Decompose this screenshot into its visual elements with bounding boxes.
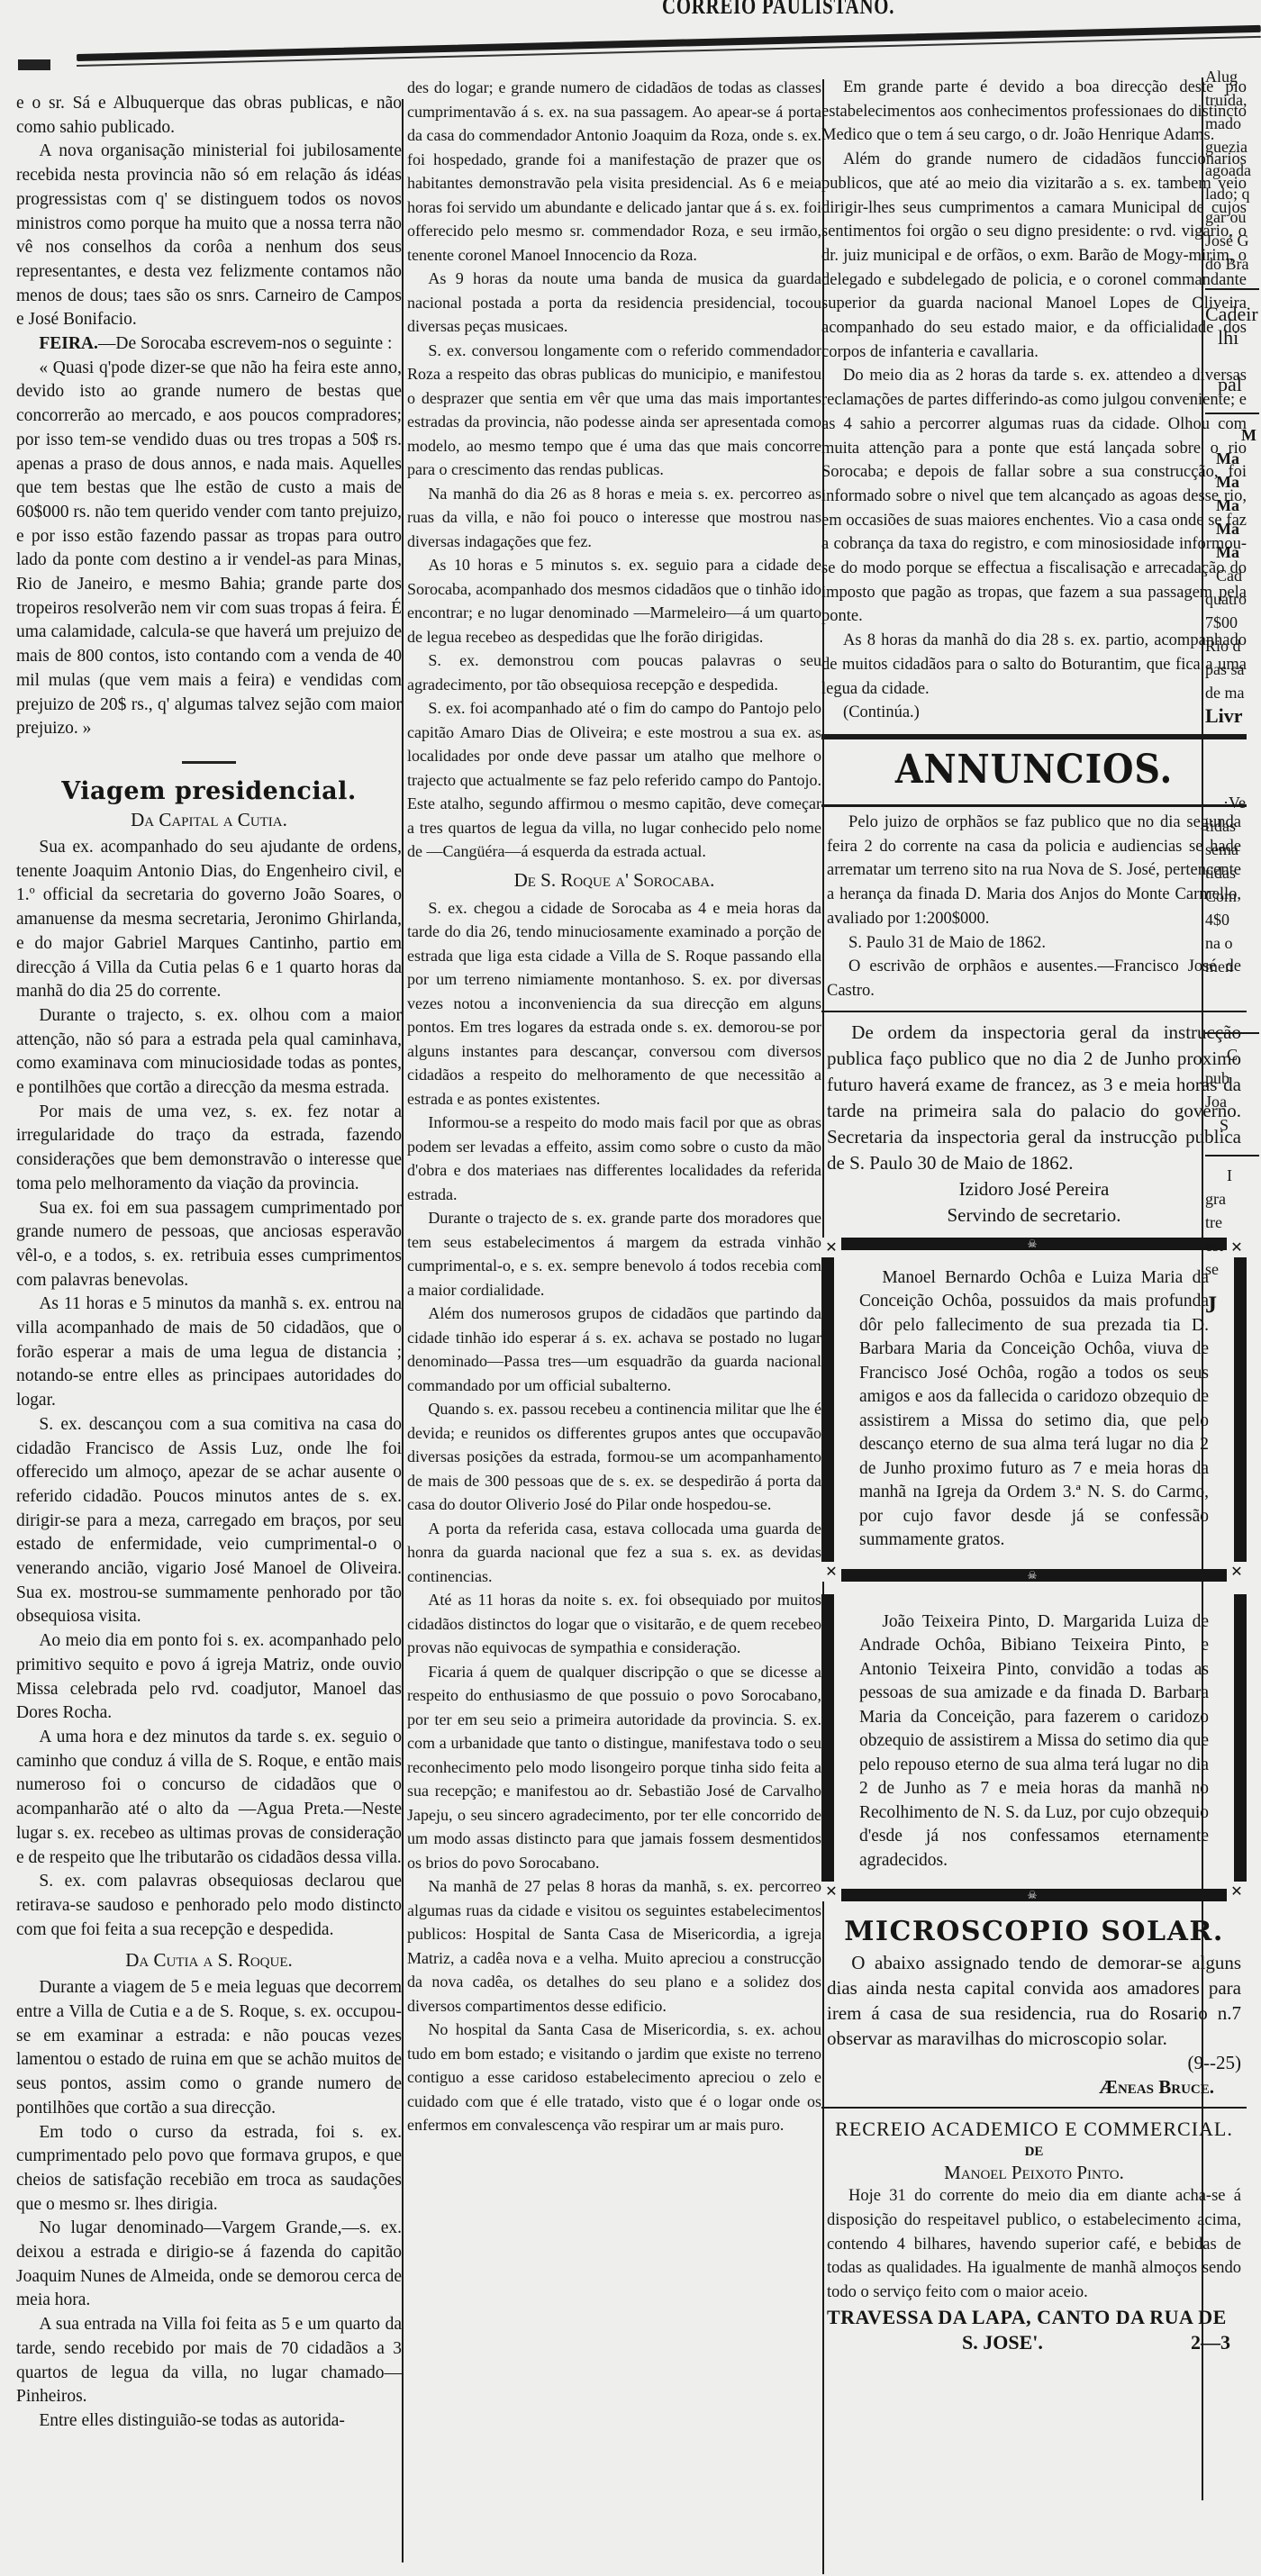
article-subtitle: Da Capital a Cutia. bbox=[16, 807, 402, 832]
fragment-line: tre bbox=[1205, 1211, 1261, 1234]
paragraph: A uma hora e dez minutos da tarde s. ex.… bbox=[16, 1726, 402, 1870]
fragment-line bbox=[1205, 349, 1261, 373]
fragment-line: J bbox=[1205, 1293, 1261, 1317]
ad-separator bbox=[821, 2107, 1247, 2109]
fragment-line: de ma bbox=[1205, 681, 1261, 704]
ad-text: De ordem da inspectoria geral da instruc… bbox=[827, 1020, 1241, 1176]
section-rule bbox=[821, 734, 1247, 739]
fragment-line: Cad bbox=[1205, 564, 1261, 587]
paragraph: S. ex. conversou longamente com o referi… bbox=[407, 339, 821, 482]
ad-signature: O escrivão de orphãos e ausentes.—Franci… bbox=[827, 955, 1241, 1002]
paragraph: As 11 horas e 5 minutos da manhã s. ex. … bbox=[16, 1293, 402, 1413]
column-2: des do logar; e grande numero de cidadão… bbox=[407, 76, 821, 2137]
paragraph: Durante o trajecto de s. ex. grande part… bbox=[407, 1206, 821, 1302]
ad-role: Servindo de secretario. bbox=[827, 1202, 1241, 1229]
ad-ref: 2—3 bbox=[1191, 2330, 1230, 2355]
fragment-line: M bbox=[1205, 423, 1261, 447]
paragraph: Entre elles distinguião-se todas as auto… bbox=[16, 2409, 402, 2434]
ad-signer: Izidoro José Pereira bbox=[827, 1176, 1241, 1202]
fragment-rule bbox=[1205, 1032, 1259, 1034]
paragraph-quote: « Quasi q'pode dizer-se que não ha feira… bbox=[16, 357, 402, 741]
newspaper-title: CORREIO PAULISTANO. bbox=[662, 0, 894, 20]
fragment-line: Alug bbox=[1205, 65, 1261, 88]
fragment-line: na o bbox=[1205, 931, 1261, 955]
ad-text: João Teixeira Pinto, D. Margarida Luiza … bbox=[859, 1610, 1209, 1873]
ad-separator bbox=[821, 1011, 1247, 1012]
mourning-notice-2: João Teixeira Pinto, D. Margarida Luiza … bbox=[821, 1594, 1247, 1902]
ad-text: Hoje 31 do corrente do meio dia em diant… bbox=[827, 2184, 1241, 2305]
skull-icon: ☠ bbox=[834, 1569, 1234, 1582]
fragment-line: tidas bbox=[1205, 814, 1261, 838]
paragraph: Por mais de uma vez, s. ex. fez notar a … bbox=[16, 1101, 402, 1197]
ad-signer: Æneas Bruce. bbox=[827, 2075, 1241, 2100]
fragment-line: ·Ve bbox=[1205, 791, 1261, 814]
paragraph: Durante a viagem de 5 e meia leguas que … bbox=[16, 1976, 402, 2120]
fragment-line: Ma bbox=[1205, 540, 1261, 564]
ad-address: TRAVESSA DA LAPA, CANTO DA RUA DE bbox=[827, 2305, 1241, 2330]
mourning-notice-1: ✕ ✕ ☠ Manoel Bernardo Ochôa e Luiza Mari… bbox=[821, 1238, 1247, 1582]
fragment-line: gar ou bbox=[1205, 205, 1261, 229]
fragment-line: quatro bbox=[1205, 587, 1261, 611]
paragraph: Na manhã do dia 26 as 8 horas e meia s. … bbox=[407, 482, 821, 554]
ad-de: DE bbox=[827, 2143, 1241, 2161]
column-4-fragment: Alug truida, mado guezia agoada lado; q … bbox=[1205, 65, 1261, 1317]
paragraph: A sua entrada na Villa foi feita as 5 e … bbox=[16, 2313, 402, 2409]
fragment-line: Cadeir bbox=[1205, 303, 1261, 326]
paragraph: Quando s. ex. passou recebeu a continenc… bbox=[407, 1397, 821, 1517]
fragment-line: sema bbox=[1205, 838, 1261, 861]
fragment-line: 7$00 bbox=[1205, 611, 1261, 634]
fragment-rule bbox=[1205, 413, 1259, 414]
fragment-line: pal bbox=[1205, 373, 1261, 396]
fragment-line: José G bbox=[1205, 229, 1261, 252]
paragraph: As 8 horas da manhã do dia 28 s. ex. par… bbox=[821, 629, 1247, 701]
feira-lead: FEIRA. bbox=[39, 334, 98, 353]
paragraph: Além do grande numero de cidadãos funcci… bbox=[821, 148, 1247, 364]
fragment-line: tidas bbox=[1205, 861, 1261, 884]
paragraph: S. ex. descançou com a sua comitiva na c… bbox=[16, 1413, 402, 1629]
ad-title: RECREIO ACADEMICO E COMMERCIAL. bbox=[827, 2116, 1241, 2143]
fragment-line: lado; q bbox=[1205, 182, 1261, 205]
ad-text: Pelo juizo de orphãos se faz publico que… bbox=[827, 811, 1241, 931]
paragraph: A nova organisação ministerial foi jubil… bbox=[16, 140, 402, 332]
fragment-line: se bbox=[1205, 1257, 1261, 1281]
fragment-rule bbox=[1205, 288, 1259, 290]
fragment-line: pas sa bbox=[1205, 658, 1261, 681]
paragraph: Em grande parte é devido a boa direcção … bbox=[821, 76, 1247, 148]
fragment-line: Ma bbox=[1205, 447, 1261, 470]
ad-microscope: MICROSCOPIO SOLAR. O abaixo assignado te… bbox=[821, 1914, 1247, 2099]
skull-icon: ☠ bbox=[834, 1889, 1234, 1901]
fragment-line: Joa bbox=[1205, 1090, 1261, 1113]
paragraph: As 10 horas e 5 minutos s. ex. seguio pa… bbox=[407, 553, 821, 649]
fragment-line: Ma bbox=[1205, 517, 1261, 540]
fragment-line: C bbox=[1205, 1043, 1261, 1066]
paragraph: Além dos numerosos grupos de cidadãos qu… bbox=[407, 1302, 821, 1397]
fragment-line: Livr bbox=[1205, 704, 1261, 728]
paragraph: S. ex. demonstrou com poucas palavras o … bbox=[407, 649, 821, 696]
ad-ref: (9--25) bbox=[827, 2051, 1241, 2075]
ad-date: S. Paulo 31 de Maio de 1862. bbox=[827, 931, 1241, 956]
fragment-line: agoada bbox=[1205, 159, 1261, 182]
fragment-line: I bbox=[1205, 1164, 1261, 1187]
section-rule bbox=[821, 804, 1247, 807]
paragraph: Em todo o curso da estrada, foi s. ex. c… bbox=[16, 2121, 402, 2218]
paragraph: S. ex. com palavras obsequiosas declarou… bbox=[16, 1870, 402, 1942]
fragment-line: est bbox=[1205, 1234, 1261, 1257]
column-divider-1 bbox=[402, 99, 404, 2562]
fragment-line: Rio d bbox=[1205, 634, 1261, 658]
continued-note: (Continúa.) bbox=[821, 701, 1247, 725]
ornament-icon bbox=[18, 59, 50, 70]
paragraph: Ficaria á quem de qualquer discripção o … bbox=[407, 1660, 821, 1875]
article-title: Viagem presidencial. bbox=[16, 776, 402, 807]
fragment-line: Ma bbox=[1205, 494, 1261, 517]
paragraph: Do meio dia as 2 horas da tarde s. ex. a… bbox=[821, 364, 1247, 629]
fragment-line: Com bbox=[1205, 884, 1261, 908]
paragraph: Sua ex. acompanhado do seu ajudante de o… bbox=[16, 836, 402, 1004]
paragraph: Na manhã de 27 pelas 8 horas da manhã, s… bbox=[407, 1874, 821, 2018]
fragment-line: mado bbox=[1205, 112, 1261, 135]
fragment-line: gra bbox=[1205, 1187, 1261, 1211]
paragraph: Até as 11 horas da noite s. ex. foi obse… bbox=[407, 1588, 821, 1660]
fragment-line: pub bbox=[1205, 1066, 1261, 1090]
ad-text: O abaixo assignado tendo de demorar-se a… bbox=[827, 1950, 1241, 2051]
ad-recreio: RECREIO ACADEMICO E COMMERCIAL. DE Manoe… bbox=[821, 2116, 1247, 2355]
annuncios-heading: ANNUNCIOS. bbox=[843, 745, 1226, 795]
masthead: CORREIO PAULISTANO. bbox=[0, 0, 1261, 27]
paragraph: Ao meio dia em ponto foi s. ex. acompanh… bbox=[16, 1629, 402, 1726]
paragraph: A porta da referida casa, estava colloca… bbox=[407, 1517, 821, 1589]
ad-instruction: De ordem da inspectoria geral da instruc… bbox=[821, 1020, 1247, 1229]
fragment-line: do Bra bbox=[1205, 252, 1261, 276]
fragment-line: truida, bbox=[1205, 88, 1261, 112]
header-rule bbox=[77, 25, 1261, 61]
paragraph: No hospital da Santa Casa de Misericordi… bbox=[407, 2018, 821, 2137]
ad-text: Manoel Bernardo Ochôa e Luiza Maria da C… bbox=[859, 1266, 1209, 1553]
paragraph: S. ex. chegou a cidade de Sorocaba as 4 … bbox=[407, 896, 821, 1111]
fragment-rule bbox=[1205, 1155, 1259, 1156]
fragment-line: Ma bbox=[1205, 470, 1261, 494]
article-subtitle-3: De S. Roque a' Sorocaba. bbox=[407, 867, 821, 893]
article-subtitle-2: Da Cutia a S. Roque. bbox=[16, 1947, 402, 1973]
paragraph: des do logar; e grande numero de cidadão… bbox=[407, 76, 821, 267]
ad-owner: Manoel Peixoto Pinto. bbox=[827, 2161, 1241, 2185]
paragraph: Informou-se a respeito do modo mais faci… bbox=[407, 1111, 821, 1206]
paragraph: e o sr. Sá e Albuquerque das obras publi… bbox=[16, 92, 402, 140]
paragraph: No lugar denominado—Vargem Grande,—s. ex… bbox=[16, 2217, 402, 2313]
skull-icon: ☠ bbox=[834, 1238, 1234, 1250]
paragraph: As 9 horas da noute uma banda de musica … bbox=[407, 267, 821, 339]
column-3: Em grande parte é devido a boa direcção … bbox=[821, 76, 1247, 2355]
fragment-line: lhi bbox=[1205, 326, 1261, 349]
paragraph: Sua ex. foi em sua passagem cumprimentad… bbox=[16, 1197, 402, 1293]
separator bbox=[182, 761, 236, 764]
fragment-line: men bbox=[1205, 955, 1261, 978]
paragraph-feira: FEIRA.—De Sorocaba escrevem-nos o seguin… bbox=[16, 332, 402, 357]
paragraph: S. ex. foi acompanhado até o fim do camp… bbox=[407, 696, 821, 864]
fragment-line: S bbox=[1205, 1113, 1261, 1137]
ad-title: MICROSCOPIO SOLAR. bbox=[827, 1914, 1241, 1950]
paragraph: Durante o trajecto, s. ex. olhou com a m… bbox=[16, 1004, 402, 1101]
column-1: e o sr. Sá e Albuquerque das obras publi… bbox=[16, 92, 402, 2434]
fragment-line: guezia bbox=[1205, 135, 1261, 159]
ad-orphans: Pelo juizo de orphãos se faz publico que… bbox=[821, 811, 1247, 1003]
ad-address-2: S. JOSE'. 2—3 bbox=[827, 2330, 1241, 2355]
fragment-line: 4$0 bbox=[1205, 908, 1261, 931]
